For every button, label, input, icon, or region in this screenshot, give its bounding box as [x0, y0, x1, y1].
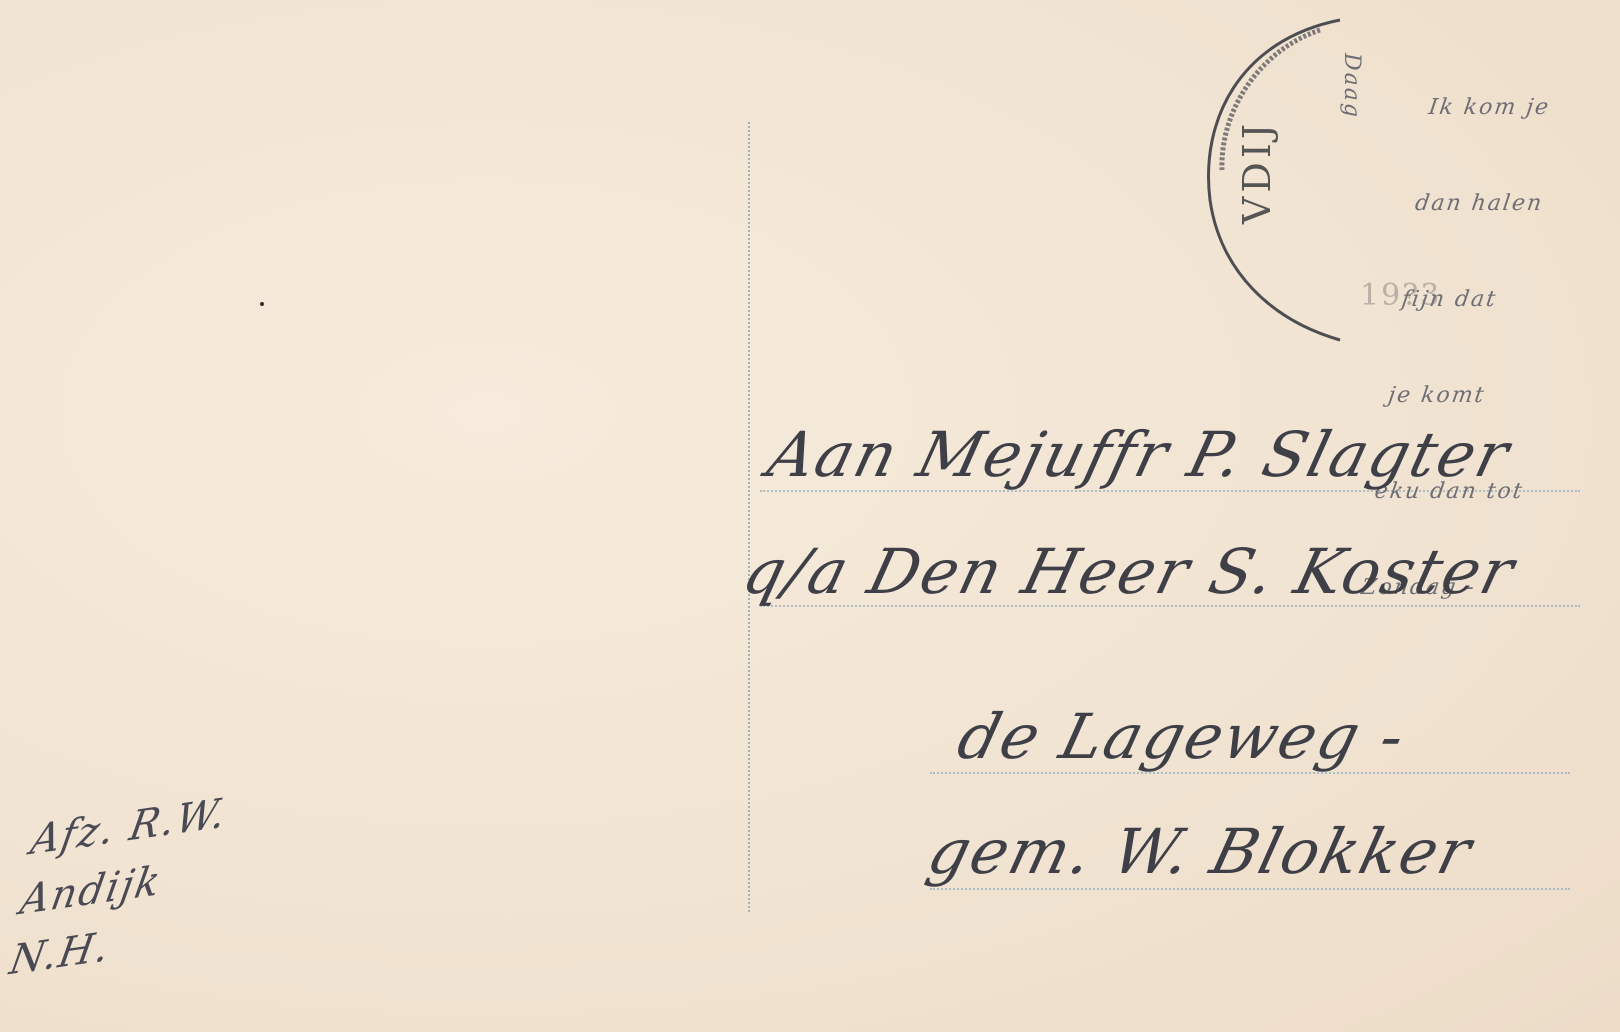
pencil-side-word: Daag [1335, 53, 1367, 119]
postmark-text: VDIJ [1235, 120, 1279, 224]
pencil-note-line: Ik kom je [1426, 92, 1579, 124]
address-line-1: Aan Mejuffr P. Slagter [761, 418, 1518, 491]
postcard-back: VDIJ 19?3 Ik kom je dan halen fijn dat j… [0, 0, 1620, 1032]
address-line-3: de Lageweg - [951, 700, 1414, 773]
pencil-note-line: dan halen [1413, 188, 1566, 220]
address-rule-4 [930, 888, 1570, 890]
address-line-2: q/a Den Heer S. Koster [736, 535, 1523, 608]
pencil-note-line: je komt [1386, 380, 1539, 412]
sender-note: Afz. R.W. Andijk N.H. [5, 783, 232, 991]
address-line-4: gem. W. Blokker [921, 815, 1480, 888]
pencil-note-line: fijn dat [1399, 284, 1552, 316]
center-divider [748, 122, 750, 912]
ink-fleck [260, 302, 264, 306]
